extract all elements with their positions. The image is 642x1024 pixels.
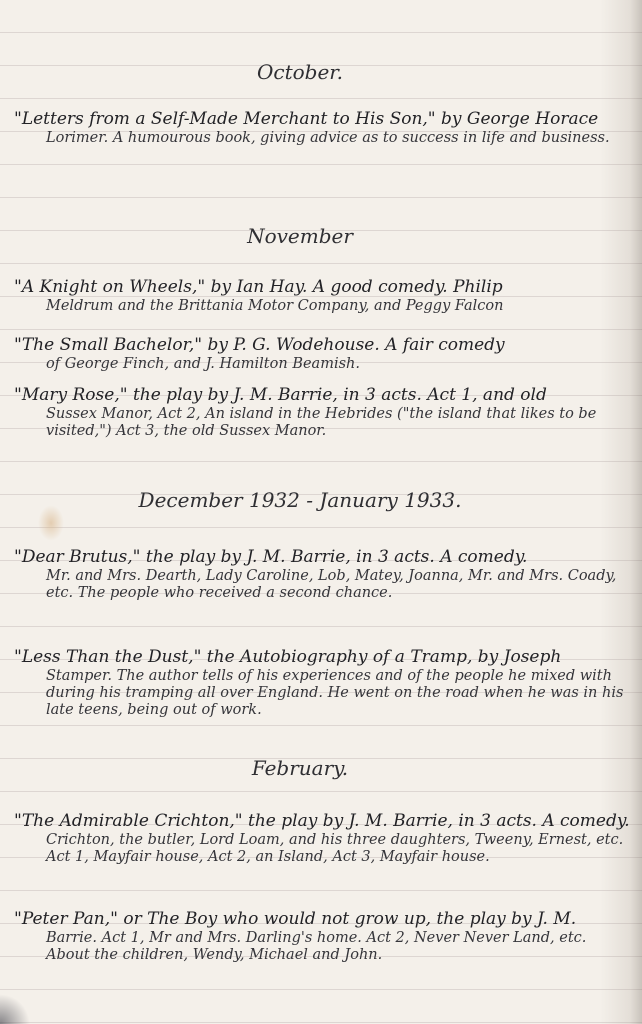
month-heading-october: October.: [0, 60, 600, 84]
entry-admirable-crichton: "The Admirable Crichton," the play by J.…: [14, 810, 629, 866]
month-heading-november: November: [0, 224, 600, 248]
month-heading-february: February.: [0, 756, 600, 780]
entry-description: Barrie. Act 1, Mr and Mrs. Darling's hom…: [14, 930, 629, 964]
entry-first-line: "Dear Brutus," the play by J. M. Barrie,…: [14, 546, 629, 568]
month-heading-december-january: December 1932 - January 1933.: [0, 488, 600, 512]
entry-first-line: "Peter Pan," or The Boy who would not gr…: [14, 908, 629, 930]
entry-letters-merchant: "Letters from a Self-Made Merchant to Hi…: [14, 108, 629, 147]
notebook-page: October. "Letters from a Self-Made Merch…: [0, 0, 642, 1024]
entry-first-line: "Letters from a Self-Made Merchant to Hi…: [14, 108, 629, 130]
page-corner-shadow: [0, 994, 30, 1024]
entry-description: Sussex Manor, Act 2, An island in the He…: [14, 406, 629, 440]
entry-dear-brutus: "Dear Brutus," the play by J. M. Barrie,…: [14, 546, 629, 602]
entry-description: Mr. and Mrs. Dearth, Lady Caroline, Lob,…: [14, 568, 629, 602]
entry-less-than-the-dust: "Less Than the Dust," the Autobiography …: [14, 646, 629, 719]
entry-small-bachelor: "The Small Bachelor," by P. G. Wodehouse…: [14, 334, 629, 373]
entry-first-line: "Mary Rose," the play by J. M. Barrie, i…: [14, 384, 629, 406]
entry-description: Meldrum and the Brittania Motor Company,…: [14, 298, 629, 315]
entry-first-line: "Less Than the Dust," the Autobiography …: [14, 646, 629, 668]
entry-description: Crichton, the butler, Lord Loam, and his…: [14, 832, 629, 866]
entry-description: of George Finch, and J. Hamilton Beamish…: [14, 356, 629, 373]
entry-description: Lorimer. A humourous book, giving advice…: [14, 130, 629, 147]
entry-peter-pan: "Peter Pan," or The Boy who would not gr…: [14, 908, 629, 964]
entry-description: Stamper. The author tells of his experie…: [14, 668, 629, 719]
entry-first-line: "The Admirable Crichton," the play by J.…: [14, 810, 629, 832]
entry-mary-rose: "Mary Rose," the play by J. M. Barrie, i…: [14, 384, 629, 440]
entry-first-line: "The Small Bachelor," by P. G. Wodehouse…: [14, 334, 629, 356]
entry-knight-on-wheels: "A Knight on Wheels," by Ian Hay. A good…: [14, 276, 629, 315]
entry-first-line: "A Knight on Wheels," by Ian Hay. A good…: [14, 276, 629, 298]
